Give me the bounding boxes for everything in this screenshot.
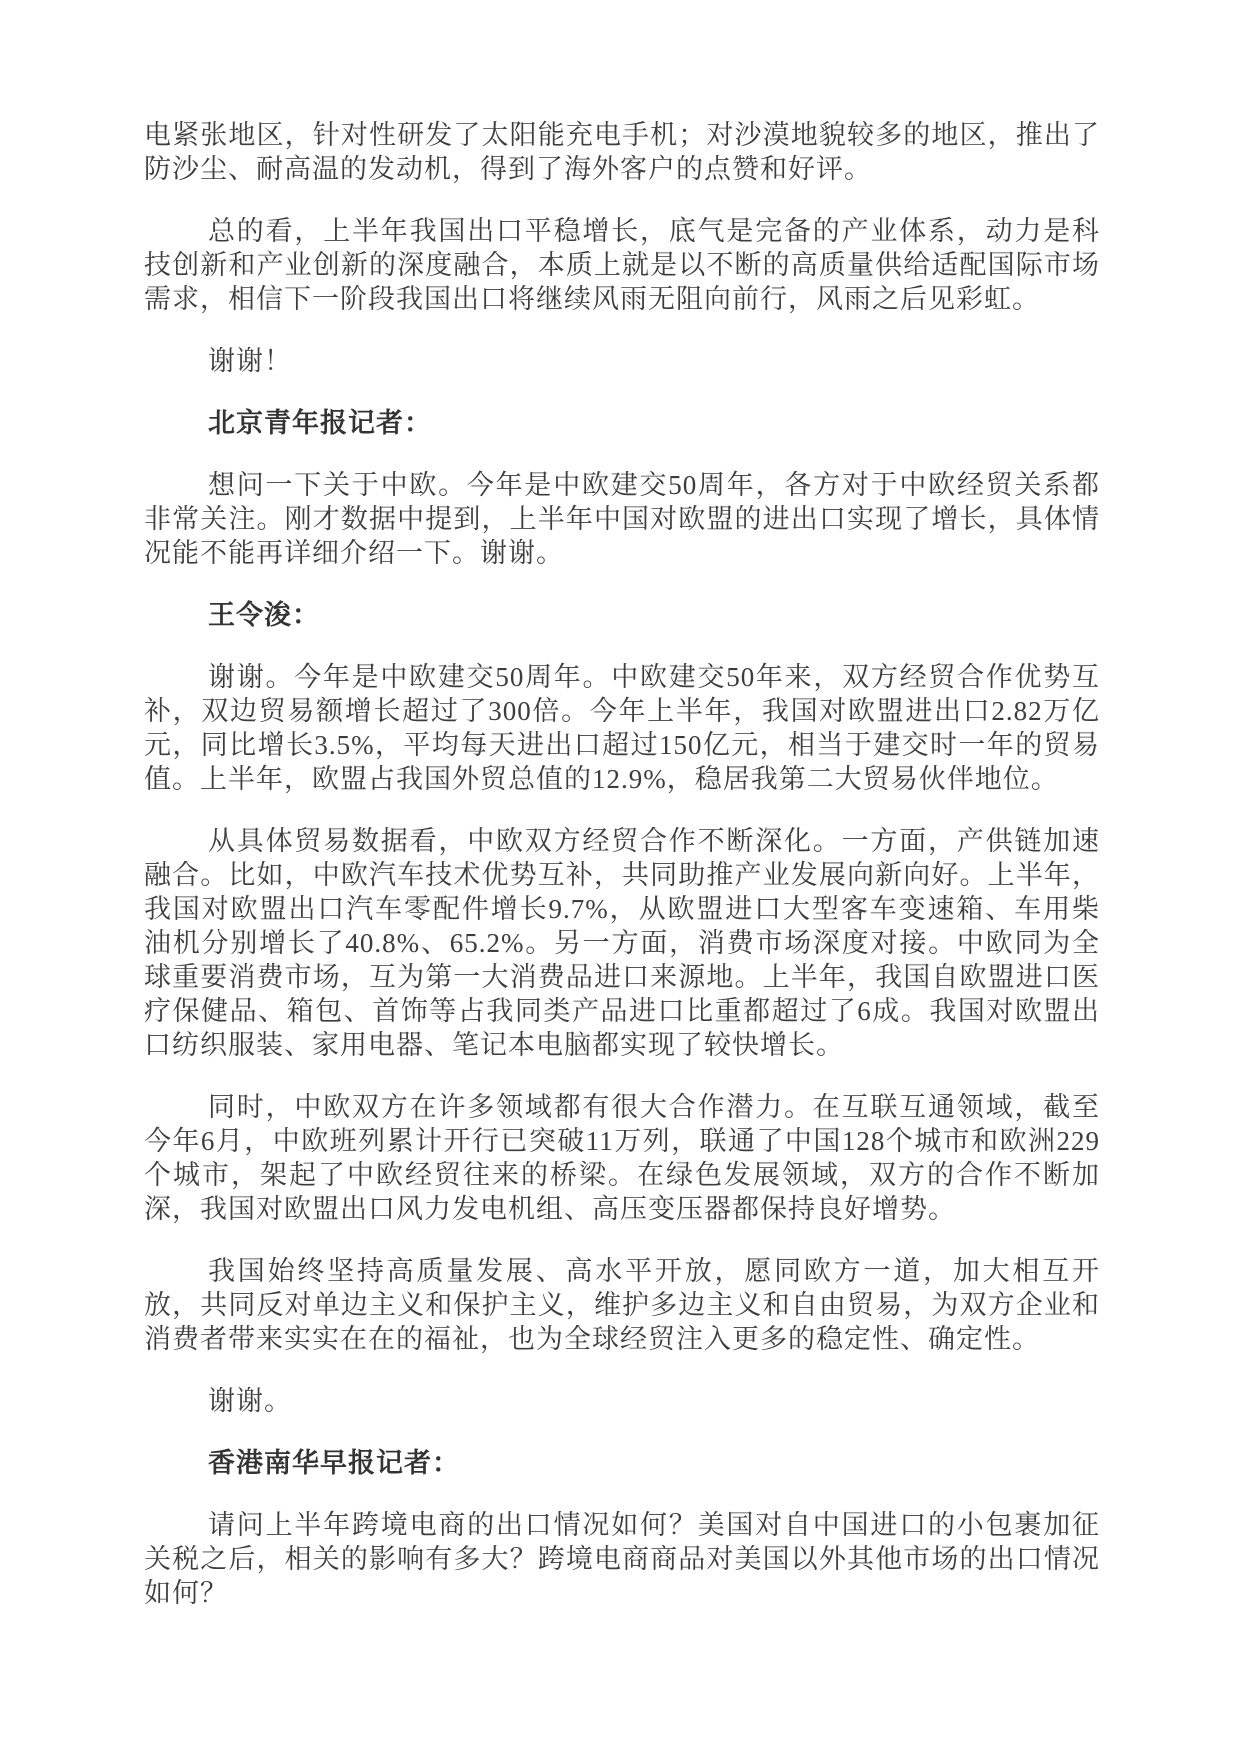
- paragraph: 总的看，上半年我国出口平稳增长，底气是完备的产业体系，动力是科技创新和产业创新的…: [144, 214, 1100, 316]
- speaker-heading: 香港南华早报记者：: [144, 1446, 1100, 1480]
- paragraph: 谢谢。今年是中欧建交50周年。中欧建交50年来，双方经贸合作优势互补，双边贸易额…: [144, 660, 1100, 796]
- paragraph: 电紧张地区，针对性研发了太阳能充电手机；对沙漠地貌较多的地区，推出了防沙尘、耐高…: [144, 118, 1100, 186]
- document-body: 电紧张地区，针对性研发了太阳能充电手机；对沙漠地貌较多的地区，推出了防沙尘、耐高…: [144, 118, 1100, 1610]
- speaker-heading: 北京青年报记者：: [144, 406, 1100, 440]
- paragraph: 想问一下关于中欧。今年是中欧建交50周年，各方对于中欧经贸关系都非常关注。刚才数…: [144, 468, 1100, 570]
- paragraph: 谢谢。: [144, 1384, 1100, 1418]
- speaker-heading: 王令浚：: [144, 598, 1100, 632]
- document-page: 电紧张地区，针对性研发了太阳能充电手机；对沙漠地貌较多的地区，推出了防沙尘、耐高…: [0, 0, 1240, 1754]
- paragraph: 请问上半年跨境电商的出口情况如何？美国对自中国进口的小包裹加征关税之后，相关的影…: [144, 1508, 1100, 1610]
- paragraph: 从具体贸易数据看，中欧双方经贸合作不断深化。一方面，产供链加速融合。比如，中欧汽…: [144, 824, 1100, 1062]
- paragraph: 同时，中欧双方在许多领域都有很大合作潜力。在互联互通领域，截至今年6月，中欧班列…: [144, 1090, 1100, 1226]
- paragraph: 谢谢！: [144, 344, 1100, 378]
- paragraph: 我国始终坚持高质量发展、高水平开放，愿同欧方一道，加大相互开放，共同反对单边主义…: [144, 1254, 1100, 1356]
